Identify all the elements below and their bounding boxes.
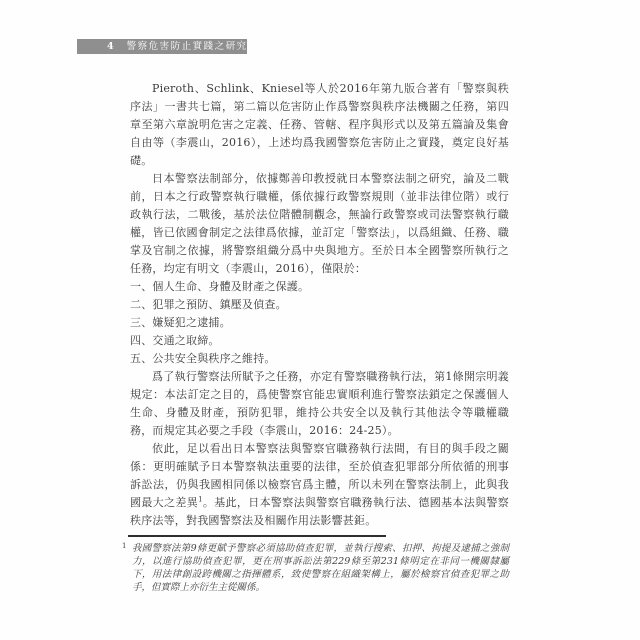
list-item-2: 二、犯罪之預防、鎮壓及偵查。 xyxy=(130,296,509,314)
list-item-4: 四、交通之取締。 xyxy=(130,332,509,350)
footnote-marker: 1 xyxy=(122,540,126,553)
list-item-1: 一、個人生命、身體及財產之保護。 xyxy=(130,278,509,296)
page-number: 4 xyxy=(107,39,114,54)
list-item-5: 五、公共安全與秩序之維持。 xyxy=(130,350,509,368)
paragraph-duty-execution-law: 爲了執行警察法所賦予之任務，亦定有警察職務執行法，第1條開宗明義規定：本法訂定之… xyxy=(130,368,509,440)
footnote-separator-rule xyxy=(128,535,386,537)
book-page: 4 警察危害防止實踐之研究 Pieroth、Schlink、Kniesel等人於… xyxy=(0,0,640,640)
footnote: 1 我國警察法第9條更賦予警察必須協助偵查犯罪，並執行搜索、扣押、拘提及逮捕之強… xyxy=(132,542,509,594)
body-text: Pieroth、Schlink、Kniesel等人於2016年第九版合著有「警察… xyxy=(130,80,509,530)
page-header-bar: 4 警察危害防止實踐之研究 xyxy=(77,39,247,54)
footnote-text: 我國警察法第9條更賦予警察必須協助偵查犯罪，並執行搜索、扣押、拘提及逮捕之強制力… xyxy=(132,543,509,593)
list-item-3: 三、嫌疑犯之逮捕。 xyxy=(130,314,509,332)
paragraph-intro-pieroth: Pieroth、Schlink、Kniesel等人於2016年第九版合著有「警察… xyxy=(130,80,509,170)
paragraph-conclusion: 依此，足以看出日本警察法與警察官職務執行法間，有目的與手段之關係：更明確賦予日本… xyxy=(130,440,509,530)
paragraph-japan-police-law: 日本警察法制部分，依據鄭善印教授就日本警察法制之研究，論及二戰前，日本之行政警察… xyxy=(130,170,509,278)
running-head-title: 警察危害防止實踐之研究 xyxy=(127,39,248,54)
